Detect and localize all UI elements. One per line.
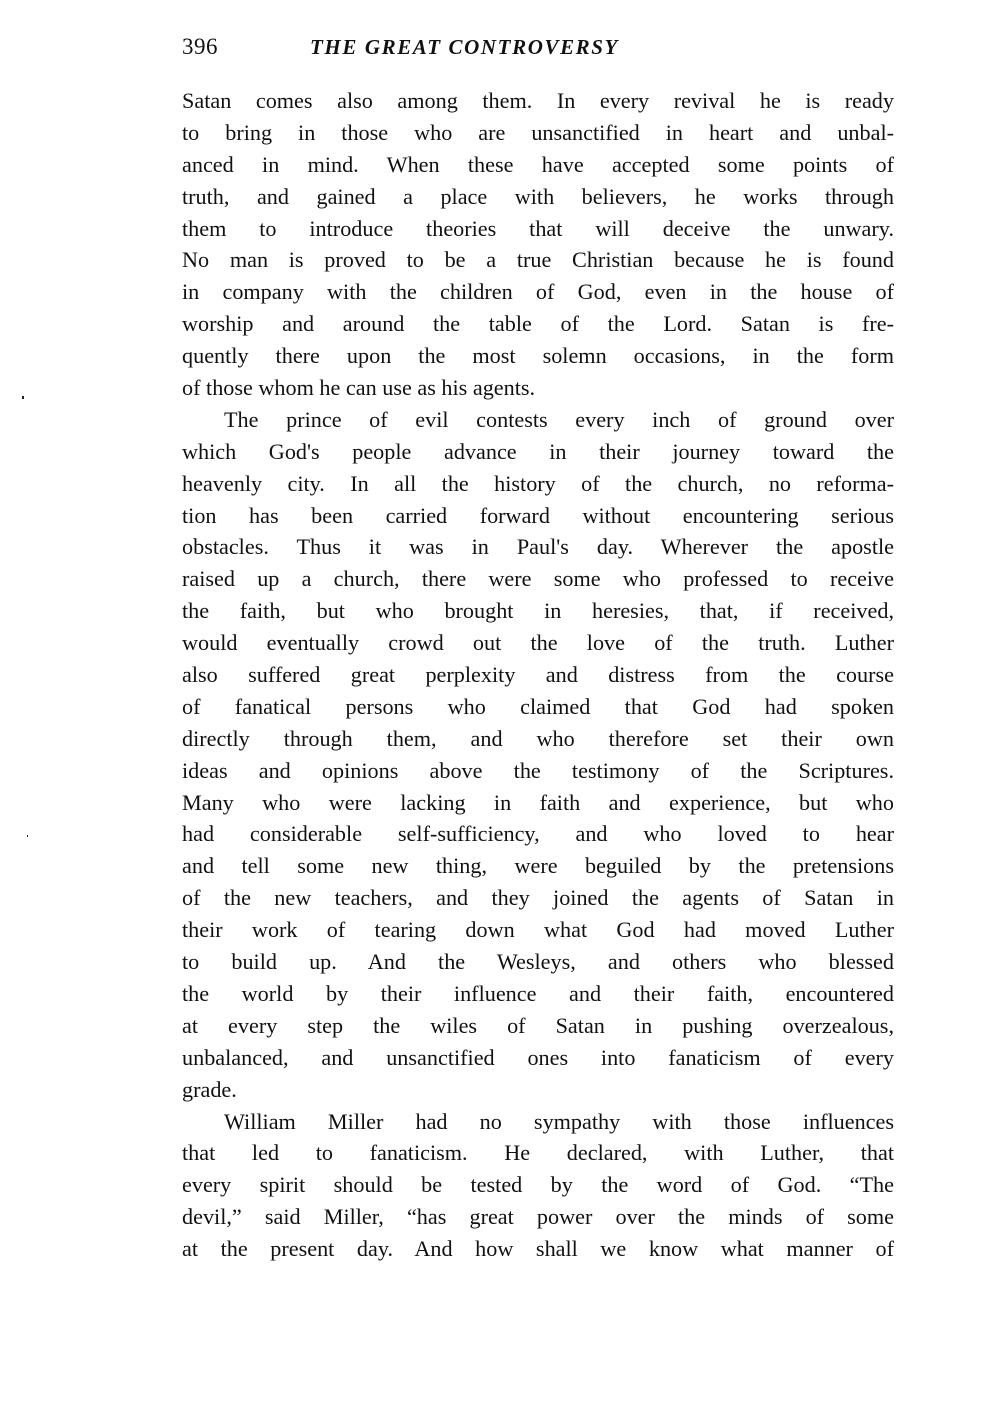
scan-speck — [22, 396, 24, 399]
text-line: William Miller had no sympathy with thos… — [182, 1106, 894, 1138]
text-line: directly through them, and who therefore… — [182, 723, 894, 755]
scan-speck — [27, 835, 28, 837]
text-line: in company with the children of God, eve… — [182, 276, 894, 308]
paragraph-3: William Miller had no sympathy with thos… — [182, 1106, 894, 1265]
text-line: to bring in those who are unsanctified i… — [182, 117, 894, 149]
text-line: raised up a church, there were some who … — [182, 563, 894, 595]
text-line: No man is proved to be a true Christian … — [182, 244, 894, 276]
text-line: heavenly city. In all the history of the… — [182, 468, 894, 500]
text-line: ideas and opinions above the testimony o… — [182, 755, 894, 787]
text-line: every spirit should be tested by the wor… — [182, 1169, 894, 1201]
text-line: at the present day. And how shall we kno… — [182, 1233, 894, 1265]
text-line: tion has been carried forward without en… — [182, 500, 894, 532]
text-line: to build up. And the Wesleys, and others… — [182, 946, 894, 978]
body-text: Satan comes also among them. In every re… — [182, 85, 894, 1265]
book-page: 396 THE GREAT CONTROVERSY Satan comes al… — [0, 0, 1000, 1416]
text-line: anced in mind. When these have accepted … — [182, 149, 894, 181]
text-line: would eventually crowd out the love of t… — [182, 627, 894, 659]
text-line: Satan comes also among them. In every re… — [182, 85, 894, 117]
text-line: which God's people advance in their jour… — [182, 436, 894, 468]
running-title: THE GREAT CONTROVERSY — [310, 32, 619, 62]
text-line: obstacles. Thus it was in Paul's day. Wh… — [182, 531, 894, 563]
text-line: the world by their influence and their f… — [182, 978, 894, 1010]
running-head: 396 THE GREAT CONTROVERSY — [182, 32, 894, 62]
text-line: their work of tearing down what God had … — [182, 914, 894, 946]
text-line: of those whom he can use as his agents. — [182, 372, 894, 404]
text-line: The prince of evil contests every inch o… — [182, 404, 894, 436]
paragraph-2: The prince of evil contests every inch o… — [182, 404, 894, 1106]
text-line: truth, and gained a place with believers… — [182, 181, 894, 213]
text-line: at every step the wiles of Satan in push… — [182, 1010, 894, 1042]
text-line: unbalanced, and unsanctified ones into f… — [182, 1042, 894, 1074]
text-line: devil,” said Miller, “has great power ov… — [182, 1201, 894, 1233]
text-line: grade. — [182, 1074, 894, 1106]
text-line: of fanatical persons who claimed that Go… — [182, 691, 894, 723]
page-number: 396 — [182, 32, 218, 62]
text-line: Many who were lacking in faith and exper… — [182, 787, 894, 819]
text-line: quently there upon the most solemn occas… — [182, 340, 894, 372]
text-line: and tell some new thing, were beguiled b… — [182, 850, 894, 882]
text-line: the faith, but who brought in heresies, … — [182, 595, 894, 627]
text-line: had considerable self-sufficiency, and w… — [182, 818, 894, 850]
paragraph-1: Satan comes also among them. In every re… — [182, 85, 894, 404]
text-line: that led to fanaticism. He declared, wit… — [182, 1137, 894, 1169]
text-line: them to introduce theories that will dec… — [182, 213, 894, 245]
text-line: also suffered great perplexity and distr… — [182, 659, 894, 691]
text-line: of the new teachers, and they joined the… — [182, 882, 894, 914]
text-line: worship and around the table of the Lord… — [182, 308, 894, 340]
